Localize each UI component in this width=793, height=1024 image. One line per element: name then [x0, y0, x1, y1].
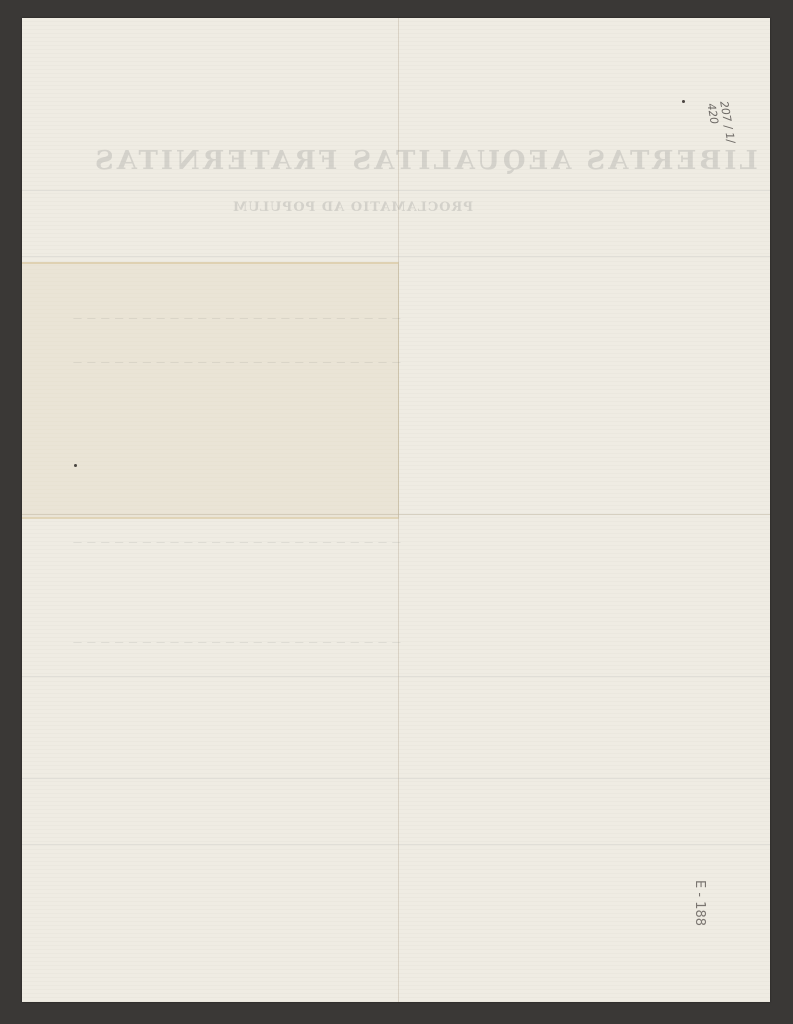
yellowed-fold-region	[22, 262, 399, 519]
bleed-rule	[22, 190, 770, 191]
bleed-through-title: LIBERTAS AEQUALITAS FRATERNITAS	[92, 146, 758, 176]
bleed-through-line: — — — — — — — — — — — — — — — — — — — — …	[72, 638, 401, 648]
ink-speck	[682, 100, 685, 103]
bleed-through-line: — — — — — — — — — — — — — — — — — — — — …	[72, 538, 401, 548]
bleed-through-line: — — — — — — — — — — — — — — — — — — — — …	[72, 314, 401, 324]
ink-speck	[74, 464, 77, 467]
bleed-rule	[22, 676, 770, 677]
bleed-rule	[22, 256, 770, 257]
bleed-through-line: — — — — — — — — — — — — — — — — — — — — …	[72, 358, 401, 368]
archival-catalog-number: E - 188	[692, 880, 707, 926]
bleed-rule	[22, 844, 770, 845]
bleed-through-subtitle: PROCLAMATIO AD POPULUM	[232, 200, 473, 215]
horizontal-fold-line	[22, 514, 770, 515]
scanned-page: LIBERTAS AEQUALITAS FRATERNITAS PROCLAMA…	[22, 18, 770, 1002]
bleed-rule	[22, 778, 770, 779]
